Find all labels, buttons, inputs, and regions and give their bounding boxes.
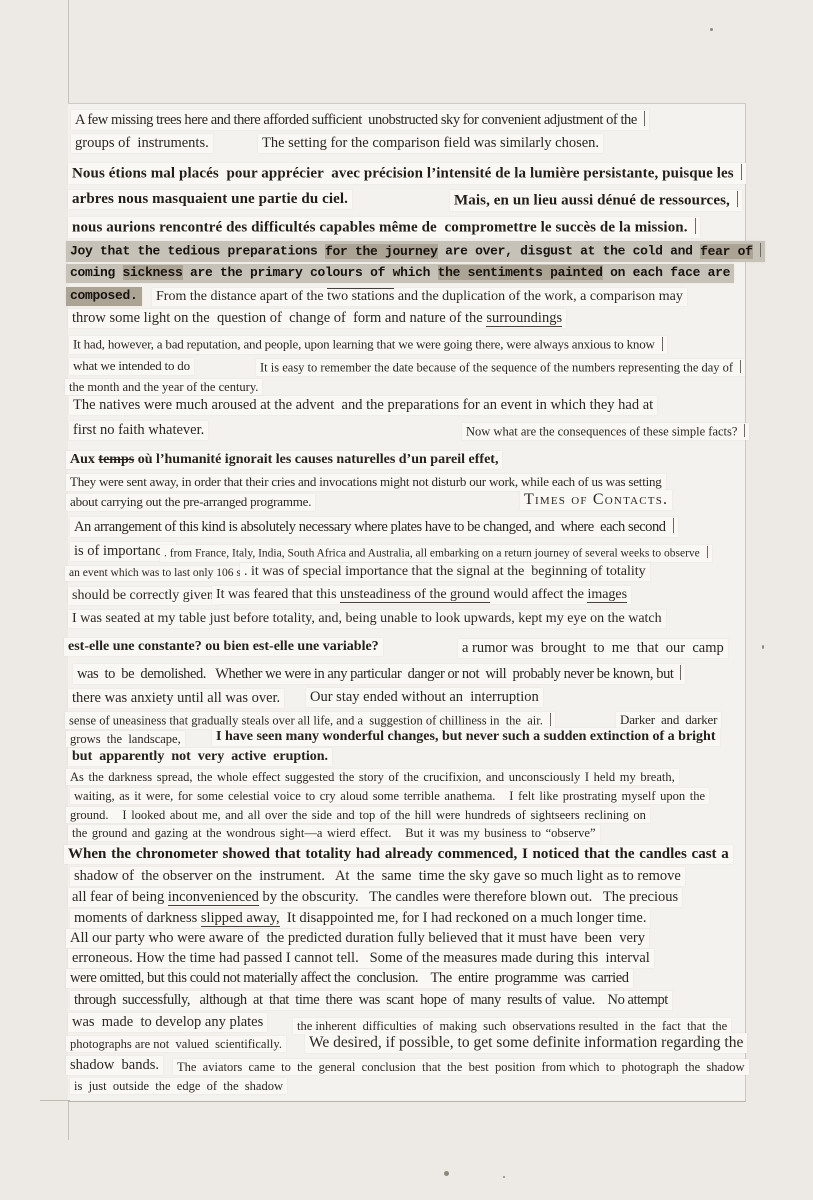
- clip-anxiety: there was anxiety until all was over.: [68, 689, 284, 708]
- clip-shadow-bands: shadow bands.: [66, 1056, 163, 1075]
- clip-text-struck: temps: [98, 452, 134, 467]
- clip-text: and the duplication of the work, a compa…: [394, 289, 682, 304]
- clip-stay-ended: Our stay ended without an interruption: [306, 688, 543, 707]
- clip-french-difficultes: nous aurions rencontré des difficultés c…: [68, 217, 700, 238]
- clip-times-of-contacts-heading: Times of Contacts.: [520, 490, 672, 510]
- typewriter-text: Joy that the tedious preparations: [70, 244, 325, 259]
- clip-text-underlined: surroundings: [486, 310, 562, 327]
- clip-bad-reputation: It had, however, a bad reputation, and p…: [69, 336, 667, 354]
- clip-text-underlined: unsteadiness of the ground: [340, 587, 490, 603]
- clip-est-elle-constante: est-elle une constante? ou bien est-elle…: [64, 638, 383, 656]
- clip-not-valued: photographs are not valued scientificall…: [66, 1036, 286, 1052]
- clip-signal-totality: . it was of special importance that the …: [240, 563, 650, 581]
- clip-aviators: The aviators came to the general conclus…: [173, 1059, 749, 1075]
- typewriter-text-dark: sickness: [123, 265, 183, 280]
- typewriter-text-dark: for the journey: [325, 244, 438, 259]
- clip-from-france-italy: . from France, Italy, India, South Afric…: [160, 545, 712, 562]
- clip-text-underlined: images: [587, 587, 627, 603]
- clip-text: throw some light on the question of chan…: [72, 310, 486, 326]
- clip-text-underlined: slipped away,: [201, 910, 280, 927]
- clip-sense-of-uneasiness: sense of uneasiness that gradually steal…: [65, 712, 555, 729]
- typewriter-text: coming: [70, 265, 123, 280]
- clip-text-overlined: two stations: [327, 288, 394, 304]
- clip-erroneous: erroneous. How the time had passed I can…: [68, 949, 654, 968]
- clip-text: From the distance apart of the: [156, 289, 327, 304]
- clip-celestial-voice: waiting, as it were, for some celestial …: [70, 788, 709, 804]
- clip-wonderful-changes: I have seen many wonderful changes, but …: [212, 728, 720, 746]
- clip-chronometer: When the chronometer showed that totalit…: [64, 845, 733, 864]
- clip-french-mal-places: Nous étions mal placés pour apprécier av…: [68, 163, 746, 184]
- clip-month-year-century: the month and the year of the century.: [65, 379, 262, 395]
- clip-develop-plates: was made to develop any plates: [68, 1013, 267, 1032]
- clip-text: moments of darkness: [74, 910, 201, 926]
- clip-text: by the obscurity. The candles were there…: [259, 889, 678, 905]
- clip-easy-to-remember: It is easy to remember the date because …: [256, 359, 745, 376]
- clip-moments-of-darkness: moments of darkness slipped away, It dis…: [70, 909, 650, 928]
- clip-sightseers: ground. I looked about me, and all over …: [66, 807, 650, 823]
- clip-text-underlined: inconvenienced: [168, 889, 259, 906]
- clip-text: It was feared that this: [216, 587, 340, 602]
- clip-text: It disappointed me, for I had reckoned o…: [280, 910, 647, 926]
- clip-missing-trees: A few missing trees here and there affor…: [71, 110, 649, 130]
- clip-predicted-duration: All our party who were aware of the pred…: [66, 929, 649, 948]
- clip-text: où l’humanité ignorait les causes nature…: [134, 452, 498, 467]
- clip-edge-of-shadow: is just outside the edge of the shadow: [70, 1078, 287, 1094]
- clip-two-stations: From the distance apart of the two stati…: [152, 288, 687, 306]
- clip-aux-temps: Aux temps où l’humanité ignorait les cau…: [66, 451, 502, 469]
- ink-speck: [710, 28, 713, 31]
- clip-no-faith: first no faith whatever.: [69, 421, 208, 440]
- typewriter-line-3: composed.: [66, 287, 142, 306]
- clip-correctly-given: should be correctly given.: [68, 587, 221, 605]
- clip-arrangement: An arrangement of this kind is absolutel…: [70, 517, 678, 537]
- typewriter-line-2: coming sickness are the primary colours …: [66, 264, 734, 283]
- clip-sent-away: They were sent away, in order that their…: [66, 474, 666, 491]
- ink-speck: [503, 1176, 505, 1178]
- clip-groups-instruments: groups of instruments.: [71, 134, 213, 153]
- clip-inherent-difficulties: the inherent difficulties of making such…: [293, 1018, 731, 1034]
- clip-natives-aroused: The natives were much aroused at the adv…: [69, 396, 657, 415]
- sheet-bottom-edge-line: [40, 1100, 70, 1101]
- clip-comparison-field: The setting for the comparison field was…: [258, 134, 603, 153]
- ink-speck: [444, 1171, 449, 1176]
- clip-text: all fear of being: [72, 889, 168, 905]
- clip-candles-blown-out: all fear of being inconvenienced by the …: [68, 888, 682, 907]
- clip-french-arbres: arbres nous masquaient une partie du cie…: [68, 190, 352, 209]
- typewriter-text-dark: the sentiments painted: [438, 265, 603, 280]
- typewriter-text-dark: fear of: [700, 244, 753, 259]
- clip-prearranged-programme: about carrying out the pre-arranged prog…: [66, 494, 315, 511]
- typewriter-text: are over, disgust at the cold and: [438, 244, 701, 259]
- clip-we-desired: We desired, if possible, to get some def…: [305, 1033, 747, 1053]
- clip-text: Aux: [70, 452, 98, 467]
- clip-demolished: was to be demolished. Whether we were in…: [73, 664, 685, 684]
- typewriter-line-1: Joy that the tedious preparations for th…: [66, 241, 765, 262]
- clip-consequences: Now what are the consequences of these s…: [462, 423, 749, 440]
- clip-darker-and-darker: Darker and darker: [616, 712, 721, 729]
- typewriter-text: on each face are: [603, 265, 731, 280]
- clip-text: would affect the: [490, 587, 588, 602]
- clip-darkness-spread: As the darkness spread, the whole effect…: [66, 769, 679, 785]
- clip-scant-hope: through successfully, although at that t…: [70, 991, 672, 1010]
- ink-speck: [762, 645, 764, 649]
- clip-what-we-intended: what we intended to do: [69, 358, 194, 375]
- clip-active-eruption: but apparently not very active eruption.: [68, 748, 332, 766]
- clip-programme-carried: were omitted, but this could not materia…: [66, 969, 633, 988]
- clip-unsteadiness: It was feared that this unsteadiness of …: [212, 586, 631, 604]
- scanned-scrapbook-page: A few missing trees here and there affor…: [0, 0, 813, 1200]
- clip-french-mais: Mais, en un lieu aussi dénué de ressourc…: [450, 190, 742, 211]
- typewriter-text: are the primary colours of which: [183, 265, 438, 280]
- clip-seated-at-table: I was seated at my table just before tot…: [68, 610, 666, 628]
- clip-wondrous-sight: the ground and gazing at the wondrous si…: [68, 825, 600, 841]
- clip-throw-some-light: throw some light on the question of chan…: [68, 309, 566, 328]
- clip-grows-landscape: grows the landscape,: [66, 731, 185, 747]
- clip-rumor-camp: a rumor was brought to me that our camp: [458, 639, 728, 658]
- clip-shadow-of-observer: shadow of the observer on the instrument…: [70, 867, 685, 886]
